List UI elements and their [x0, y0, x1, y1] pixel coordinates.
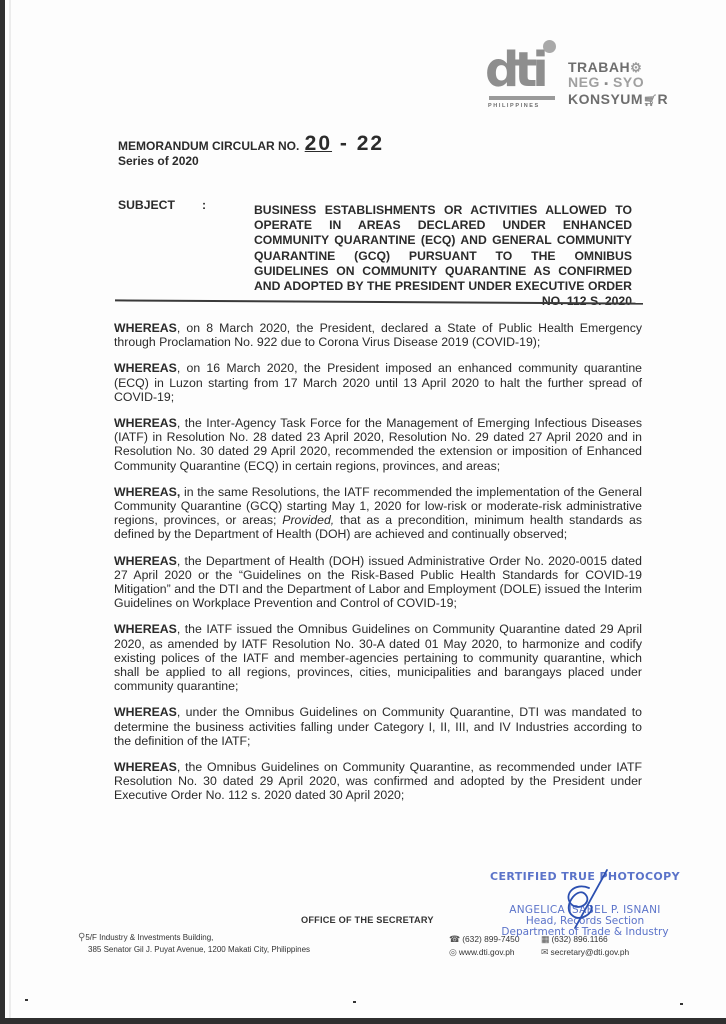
tagline-syo: SYO [613, 74, 644, 90]
tagline: TRABAH⚙ NEG ▪ SYO KONSYUM🛒︎R [568, 60, 668, 109]
whereas-clause: WHEREAS, the Omnibus Guidelines on Commu… [114, 760, 642, 803]
memo-label: MEMORANDUM CIRCULAR NO. [118, 139, 299, 153]
subject-colon: : [202, 198, 206, 212]
globe-icon: ◎ [449, 947, 457, 957]
scan-speck [353, 1001, 356, 1003]
memo-header: MEMORANDUM CIRCULAR NO. 20 - 22 Series o… [118, 132, 384, 168]
logo-underline [489, 96, 555, 100]
whereas-clause: WHEREAS, in the same Resolutions, the IA… [114, 485, 642, 542]
dti-letterhead-logo: dti PHILIPPINES TRABAH⚙ NEG ▪ SYO KONSYU… [480, 38, 720, 118]
footer-address: ⚲5/F Industry & Investments Building, 38… [78, 932, 310, 956]
gear-icon: ⚙ [630, 60, 642, 75]
document-page: dti PHILIPPINES TRABAH⚙ NEG ▪ SYO KONSYU… [5, 0, 726, 1018]
memo-number: 20 - 22 [305, 132, 384, 155]
whereas-clause: WHEREAS, under the Omnibus Guidelines on… [114, 705, 642, 748]
whereas-clause: WHEREAS, the Department of Health (DOH) … [114, 554, 642, 611]
office-of-the-secretary: OFFICE OF THE SECRETARY [301, 915, 434, 925]
store-icon: ▪ [604, 77, 608, 92]
signature [545, 868, 625, 938]
whereas-clauses: WHEREAS, on 8 March 2020, the President,… [114, 321, 642, 815]
dti-logo: dti PHILIPPINES [485, 40, 555, 112]
dti-logo-text: dti [485, 46, 544, 94]
cart-icon: 🛒︎ [643, 94, 657, 109]
subject-text: BUSINESS ESTABLISHMENTS OR ACTIVITIES AL… [254, 203, 632, 309]
tagline-neg: NEG [568, 74, 600, 90]
scan-speck [25, 999, 28, 1001]
whereas-clause: WHEREAS, on 16 March 2020, the President… [114, 361, 642, 404]
whereas-clause: WHEREAS, the Inter-Agency Task Force for… [114, 416, 642, 473]
phone-icon: ☎ [449, 934, 460, 944]
tagline-trabaho: TRABAH [568, 59, 630, 75]
whereas-clause: WHEREAS, the IATF issued the Omnibus Gui… [114, 622, 642, 693]
tagline-konsyum: KONSYUM [568, 91, 643, 107]
globe-icon [543, 40, 556, 53]
memo-series: Series of 2020 [118, 154, 384, 168]
logo-country: PHILIPPINES [488, 103, 540, 109]
tagline-r: R [658, 91, 669, 107]
subject-label: SUBJECT [118, 198, 175, 212]
website-link[interactable]: www.dti.gov.ph [459, 947, 515, 957]
email-icon: ✉ [541, 947, 549, 957]
email-link[interactable]: secretary@dti.gov.ph [551, 947, 630, 957]
whereas-clause: WHEREAS, on 8 March 2020, the President,… [114, 321, 642, 349]
scan-speck [680, 1003, 683, 1005]
